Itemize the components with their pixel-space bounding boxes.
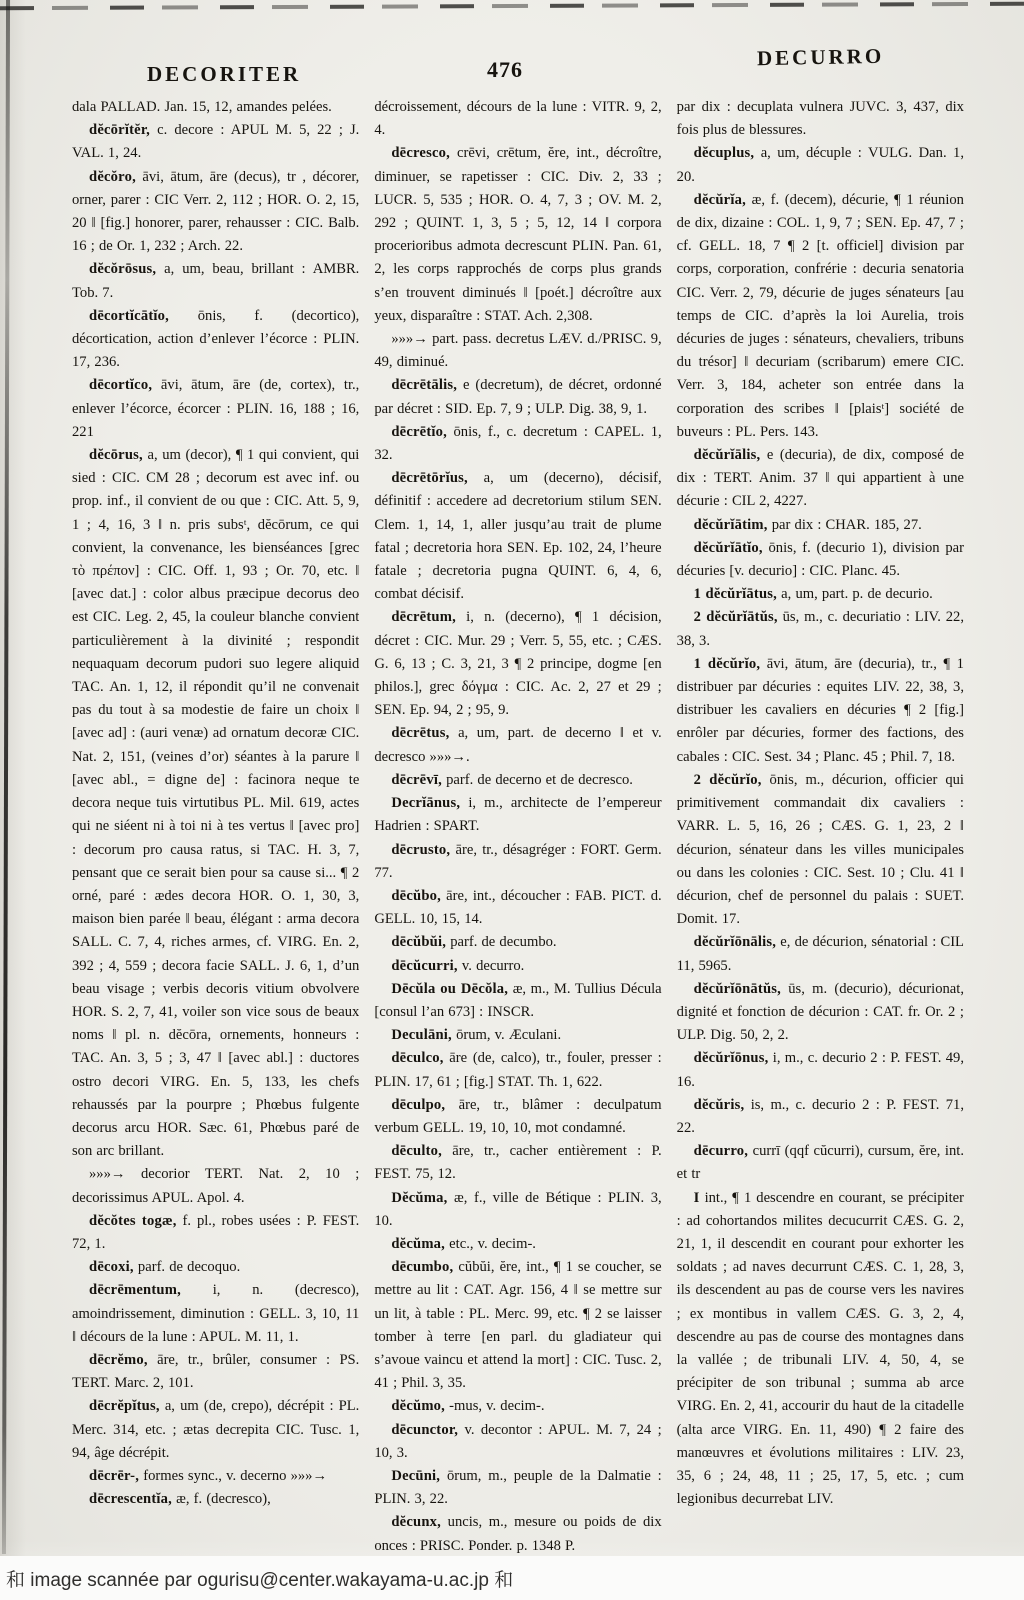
entry-headword: 1 dĕcŭrĭātus,: [694, 586, 777, 602]
entry-headword: dēcumbo,: [391, 1259, 453, 1275]
entry-headword: dĕcŭrĭātim,: [694, 517, 768, 533]
entry-headword: dēcresco,: [391, 145, 450, 161]
entry-headword: dĕcōrĭtĕr,: [89, 122, 150, 138]
entry-text: æ, f. (decem), décurie, ¶ 1 réunion de d…: [677, 192, 964, 440]
dictionary-entry: dēcrētōrĭus, a, um (decerno), décisif, d…: [374, 467, 661, 606]
entry-headword: dĕcŭrĭātĭo,: [694, 540, 763, 556]
dictionary-entry: dēcrĕmo, āre, tr., brûler, consumer : PS…: [72, 1349, 359, 1395]
dictionary-entry: décroissement, décours de la lune : VITR…: [374, 96, 661, 142]
dictionary-entry: Deculāni, ōrum, v. Æculani.: [374, 1024, 661, 1047]
dictionary-entry: dēcrētĭo, ōnis, f., c. decretum : CAPEL.…: [374, 421, 661, 467]
dictionary-entry: dĕcuplus, a, um, décuple : VULG. Dan. 1,…: [677, 142, 964, 188]
dictionary-entry: dēcortĭco, āvi, ātum, āre (de, cortex), …: [72, 374, 359, 444]
dictionary-entry: dēcrēmentum, i, n. (decresco), amoindris…: [72, 1279, 359, 1349]
dictionary-entry: dēcumbo, cŭbŭi, ĕre, int., ¶ 1 se couche…: [374, 1256, 661, 1395]
entry-headword: dĕcuplus,: [694, 145, 755, 161]
column-right: par dix : decuplata vulnera JUVC. 3, 437…: [677, 96, 964, 1564]
dictionary-entry: dēculco, āre (de, calco), tr., fouler, p…: [374, 1047, 661, 1093]
dictionary-entry: dēcrusto, āre, tr., désagréger : FORT. G…: [374, 839, 661, 885]
entry-headword: dēcunctor,: [391, 1422, 458, 1438]
entry-headword: dĕcŏro,: [89, 169, 136, 185]
dictionary-entry: dēcŭbŭi, parf. de decumbo.: [374, 931, 661, 954]
dictionary-entry: dĕcŭrĭa, æ, f. (decem), décurie, ¶ 1 réu…: [677, 189, 964, 444]
entry-headword: dēcŭbŭi,: [391, 934, 446, 950]
entry-headword: dĕcŭrĭōnus,: [694, 1050, 769, 1066]
entry-text: parf. de decumbo.: [446, 934, 557, 950]
entry-headword: dĕcŭrĭōnātŭs,: [694, 981, 781, 997]
dictionary-entry: dĕcōrus, a, um (decor), ¶ 1 qui convient…: [72, 444, 359, 1163]
dictionary-entry: Decrĭānus, i, m., architecte de l’empere…: [374, 792, 661, 838]
entry-text: i, n. (decerno), ¶ 1 décision, décret : …: [374, 609, 661, 718]
header-catchword-left: DECORITER: [147, 62, 301, 87]
dictionary-entry: dēcrētus, a, um, part. de decerno ‖ et v…: [374, 722, 661, 768]
entry-headword: dēcrēmentum,: [89, 1282, 181, 1298]
entry-headword: Dēcŭla ou Dēcŏla,: [391, 981, 508, 997]
entry-text: ōrum, v. Æculani.: [452, 1027, 561, 1043]
entry-headword: Deculāni,: [391, 1027, 452, 1043]
entry-headword: dēcŭbo,: [391, 888, 441, 904]
dictionary-entry: dĕcŭmo, -mus, v. decim-.: [374, 1395, 661, 1418]
dictionary-entry: dēcortĭcātĭo, ōnis, f. (decortico), déco…: [72, 305, 359, 375]
dictionary-entry: dĕcŭrĭālis, e (decuria), de dix, composé…: [677, 444, 964, 514]
entry-headword: dēcoxi,: [89, 1259, 134, 1275]
entry-headword: dēcŭcurri,: [391, 958, 457, 974]
entry-text: āvi, ātum, āre (decuria), tr., ¶ 1 distr…: [677, 656, 964, 765]
dictionary-entry: 1 dĕcŭrĭo, āvi, ātum, āre (decuria), tr.…: [677, 653, 964, 769]
entry-headword: dēculto,: [391, 1143, 442, 1159]
dictionary-entry: dĕcŏtes togæ, f. pl., robes usées : P. F…: [72, 1210, 359, 1256]
dictionary-entry: dĕcŭris, is, m., c. decurio 2 : P. FEST.…: [677, 1094, 964, 1140]
entry-text: cŭbŭi, ĕre, int., ¶ 1 se coucher, se met…: [374, 1259, 661, 1391]
entry-headword: dēcortĭcātĭo,: [89, 308, 169, 324]
entry-headword: dĕcŏtes togæ,: [89, 1213, 177, 1229]
dictionary-entry: dēculpo, āre, tr., blâmer : deculpatum v…: [374, 1094, 661, 1140]
entry-headword: dēcurro,: [694, 1143, 748, 1159]
entry-headword: dēcrēr-,: [89, 1468, 139, 1484]
dictionary-entry: dĕcŭrĭōnālis, e, de décurion, sénatorial…: [677, 931, 964, 977]
dictionary-entry: dĕcōrĭtĕr, c. decore : APUL M. 5, 22 ; J…: [72, 119, 359, 165]
dictionary-entry: dala PALLAD. Jan. 15, 12, amandes pelées…: [72, 96, 359, 119]
scan-footer-strip: 和 image scannée par ogurisu@center.wakay…: [0, 1556, 1024, 1600]
entry-text: parf. de decerno et de decresco.: [442, 772, 633, 788]
entry-headword: dēcrēvī,: [391, 772, 442, 788]
dictionary-entry: dēcrēr-, formes sync., v. decerno »»»→: [72, 1465, 359, 1488]
dictionary-entry: Decūni, ōrum, m., peuple de la Dalmatie …: [374, 1465, 661, 1511]
entry-headword: dĕcŭma,: [391, 1236, 445, 1252]
entry-headword: dēculpo,: [391, 1097, 445, 1113]
dictionary-entry: dēcŭbo, āre, int., découcher : FAB. PICT…: [374, 885, 661, 931]
dictionary-entry: I int., ¶ 1 descendre en courant, se pré…: [677, 1187, 964, 1512]
column-middle: décroissement, décours de la lune : VITR…: [374, 96, 661, 1564]
dictionary-entry: dĕcŭrĭōnus, i, m., c. decurio 2 : P. FES…: [677, 1047, 964, 1093]
dictionary-entry: Dĕcŭma, æ, f., ville de Bétique : PLIN. …: [374, 1187, 661, 1233]
dictionary-entry: dĕcŏrōsus, a, um, beau, brillant : AMBR.…: [72, 258, 359, 304]
entry-text: »»»→ part. pass. decretus LÆV. d./PRISC.…: [374, 331, 661, 370]
entry-headword: dēcrĕpĭtus,: [89, 1398, 160, 1414]
entry-text: etc., v. decim-.: [445, 1236, 536, 1252]
entry-text: a, um, part. p. de decurio.: [777, 586, 933, 602]
entry-text: »»»→ decorior TERT. Nat. 2, 10 ; decoris…: [72, 1166, 359, 1205]
dictionary-entry: dēcrētum, i, n. (decerno), ¶ 1 décision,…: [374, 606, 661, 722]
entry-text: v. decurro.: [458, 958, 525, 974]
dictionary-entry: dēculto, āre, tr., cacher entièrement : …: [374, 1140, 661, 1186]
entry-headword: dēcortĭco,: [89, 377, 152, 393]
scan-artifact-top-edge: [0, 2, 1024, 10]
entry-headword: dĕcōrus,: [89, 447, 143, 463]
scanned-dictionary-page: DECORITER 476 DECURRO dala PALLAD. Jan. …: [0, 0, 1024, 1600]
dictionary-entry: 2 dĕcŭrĭo, ōnis, m., décurion, officier …: [677, 769, 964, 931]
entry-headword: 2 dĕcŭrĭātŭs,: [694, 609, 778, 625]
entry-headword: dēcrētālis,: [391, 377, 457, 393]
entry-text: ōnis, m., décurion, officier qui primiti…: [677, 772, 964, 927]
entry-headword: dēcrētus,: [391, 725, 449, 741]
dictionary-entry: dēcrĕpĭtus, a, um (de, crepo), décrépit …: [72, 1395, 359, 1465]
entry-headword: dēcrētum,: [391, 609, 456, 625]
entry-headword: 2 dĕcŭrĭo,: [694, 772, 762, 788]
entry-headword: dēcrētōrĭus,: [391, 470, 468, 486]
dictionary-entry: dēcurro, currī (qqf cŭcurri), cursum, ĕr…: [677, 1140, 964, 1186]
dictionary-entry: dēcunctor, v. decontor : APUL. M. 7, 24 …: [374, 1419, 661, 1465]
entry-headword: dēcrescentĭa,: [89, 1491, 172, 1507]
dictionary-entry: par dix : decuplata vulnera JUVC. 3, 437…: [677, 96, 964, 142]
dictionary-entry: Dēcŭla ou Dēcŏla, æ, m., M. Tullius Décu…: [374, 978, 661, 1024]
dictionary-columns: dala PALLAD. Jan. 15, 12, amandes pelées…: [72, 96, 964, 1564]
dictionary-entry: dĕcŭrĭōnātŭs, ūs, m. (decurio), décurion…: [677, 978, 964, 1048]
entry-headword: Decrĭānus,: [391, 795, 460, 811]
entry-text: par dix : CHAR. 185, 27.: [768, 517, 922, 533]
dictionary-entry: 1 dĕcŭrĭātus, a, um, part. p. de decurio…: [677, 583, 964, 606]
header-catchword-right: DECURRO: [757, 44, 885, 71]
dictionary-entry: dēcŭcurri, v. decurro.: [374, 955, 661, 978]
entry-text: a, um (decor), ¶ 1 qui convient, qui sie…: [72, 447, 359, 1159]
entry-headword: Decūni,: [391, 1468, 440, 1484]
entry-text: a, um (decerno), décisif, définitif : ac…: [374, 470, 661, 602]
dictionary-entry: »»»→ decorior TERT. Nat. 2, 10 ; decoris…: [72, 1163, 359, 1209]
entry-headword: dĕcŭrĭōnālis,: [694, 934, 776, 950]
entry-text: int., ¶ 1 descendre en courant, se préci…: [677, 1190, 964, 1508]
page-number: 476: [487, 57, 523, 83]
dictionary-entry: »»»→ part. pass. decretus LÆV. d./PRISC.…: [374, 328, 661, 374]
entry-headword: dĕcunx,: [391, 1514, 441, 1530]
dictionary-entry: dēcrescentĭa, æ, f. (decresco),: [72, 1488, 359, 1511]
entry-headword: dĕcŭrĭa,: [694, 192, 746, 208]
entry-text: crēvi, crētum, ĕre, int., décroître, dim…: [374, 145, 661, 323]
dictionary-entry: dēcoxi, parf. de decoquo.: [72, 1256, 359, 1279]
entry-headword: dĕcŭris,: [694, 1097, 745, 1113]
entry-headword: 1 dĕcŭrĭo,: [694, 656, 761, 672]
entry-text: æ, f. (decresco),: [172, 1491, 271, 1507]
entry-text: parf. de decoquo.: [134, 1259, 240, 1275]
dictionary-entry: dĕcŭrĭātim, par dix : CHAR. 185, 27.: [677, 514, 964, 537]
entry-headword: dēculco,: [391, 1050, 443, 1066]
entry-text: décroissement, décours de la lune : VITR…: [374, 99, 661, 138]
dictionary-entry: dēcrētālis, e (decretum), de décret, ord…: [374, 374, 661, 420]
dictionary-entry: dĕcŏro, āvi, ātum, āre (decus), tr , déc…: [72, 166, 359, 259]
column-left: dala PALLAD. Jan. 15, 12, amandes pelées…: [72, 96, 359, 1564]
entry-headword: dēcrĕmo,: [89, 1352, 148, 1368]
entry-text: dala PALLAD. Jan. 15, 12, amandes pelées…: [72, 99, 332, 115]
entry-text: -mus, v. decim-.: [445, 1398, 544, 1414]
dictionary-entry: dēcrēvī, parf. de decerno et de decresco…: [374, 769, 661, 792]
entry-headword: dĕcŭrĭālis,: [694, 447, 761, 463]
dictionary-entry: 2 dĕcŭrĭātŭs, ūs, m., c. decuriatio : LI…: [677, 606, 964, 652]
dictionary-entry: dĕcŭma, etc., v. decim-.: [374, 1233, 661, 1256]
entry-headword: Dĕcŭma,: [391, 1190, 447, 1206]
entry-text: formes sync., v. decerno »»»→: [139, 1468, 327, 1484]
entry-headword: dēcrētĭo,: [391, 424, 447, 440]
entry-text: par dix : decuplata vulnera JUVC. 3, 437…: [677, 99, 964, 138]
entry-headword: dĕcŏrōsus,: [89, 261, 156, 277]
entry-headword: dēcrusto,: [391, 842, 450, 858]
dictionary-entry: dĕcunx, uncis, m., mesure ou poids de di…: [374, 1511, 661, 1557]
dictionary-entry: dēcresco, crēvi, crētum, ĕre, int., décr…: [374, 142, 661, 328]
entry-headword: dĕcŭmo,: [391, 1398, 445, 1414]
scan-credit-line: 和 image scannée par ogurisu@center.wakay…: [6, 1565, 513, 1592]
dictionary-entry: dĕcŭrĭātĭo, ōnis, f. (decurio 1), divisi…: [677, 537, 964, 583]
scan-artifact-left-edge: [2, 0, 10, 1554]
